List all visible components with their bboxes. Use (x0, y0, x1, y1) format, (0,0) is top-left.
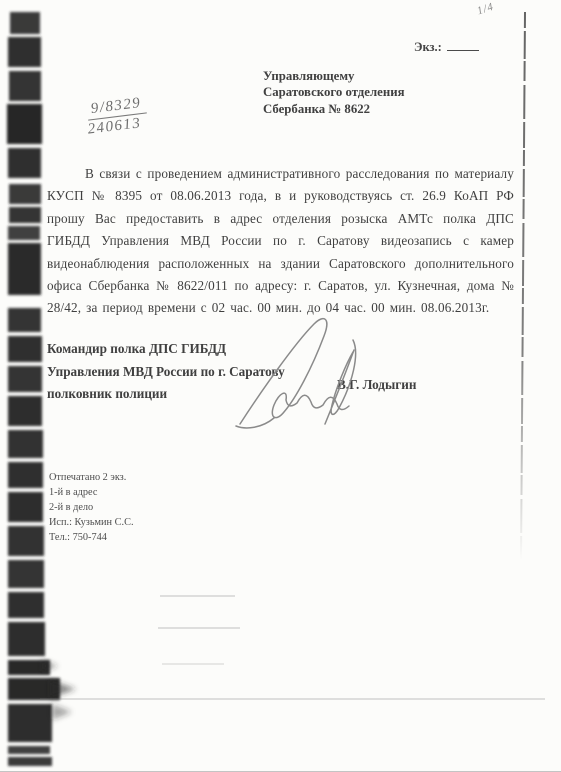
print-info-footer: Отпечатано 2 экз. 1-й в адрес 2-й в дело… (49, 470, 134, 545)
letter-body-paragraph: В связи с проведением административного … (47, 163, 514, 320)
signer-name: В.Г. Лодыгин (337, 377, 416, 393)
signature-block: Командир полка ДПС ГИБДД Управления МВД … (47, 338, 285, 406)
scan-streak (40, 698, 545, 700)
footer-line: Отпечатано 2 экз. (49, 470, 134, 485)
signature-title-line: Управления МВД России по г. Саратову (47, 361, 285, 384)
footer-line: Тел.: 750-744 (49, 530, 134, 545)
footer-line: Исп.: Кузьмин С.С. (49, 515, 134, 530)
recipient-block: Управляющему Саратовского отделения Сбер… (263, 68, 405, 117)
scanned-letter-page: 1/4 Экз.: Управляющему Саратовского отде… (0, 0, 561, 772)
recipient-line: Саратовского отделения (263, 84, 405, 100)
footer-line: 2-й в дело (49, 500, 134, 515)
copy-blank-underline (447, 40, 479, 51)
recipient-line: Сбербанка № 8622 (263, 101, 405, 117)
left-strip-feather-tails (42, 660, 76, 720)
footer-line: 1-й в адрес (49, 485, 134, 500)
signature-title-line: полковник полиции (47, 383, 285, 406)
signature-title-line: Командир полка ДПС ГИБДД (47, 338, 285, 361)
copy-number-line: Экз.: (414, 40, 479, 55)
copy-label: Экз.: (414, 40, 442, 54)
scan-streak (158, 627, 240, 629)
right-scan-line (521, 12, 525, 560)
recipient-line: Управляющему (263, 68, 405, 84)
handwritten-registration: 9/8329 240613 (86, 95, 149, 139)
scan-streak (162, 663, 224, 665)
handwritten-page-number: 1/4 (476, 1, 496, 18)
scan-streak (160, 595, 235, 597)
